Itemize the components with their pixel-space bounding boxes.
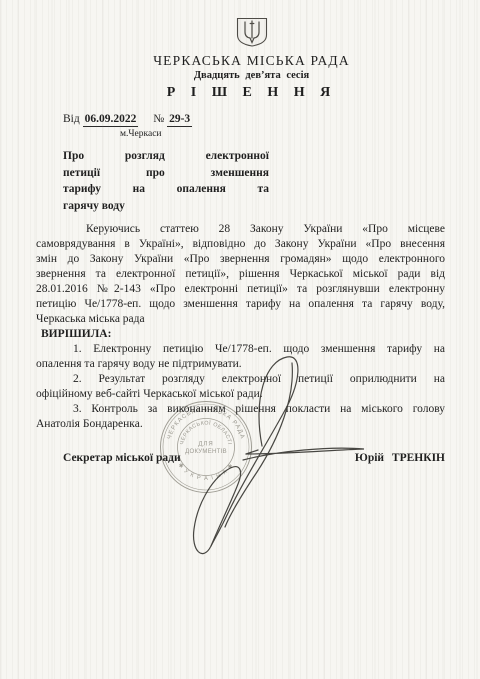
body-line: Черкаська міська рада <box>36 312 445 327</box>
body-line: звернення та електронної петиції», рішен… <box>36 267 445 282</box>
city-name: м.Черкаси <box>120 128 445 140</box>
org-name: ЧЕРКАСЬКА МІСЬКА РАДА <box>47 53 456 69</box>
title-line: гарячу воду <box>63 198 269 215</box>
title-line: Про розгляд електронної <box>63 148 269 165</box>
date-label: Від <box>63 113 80 125</box>
handwritten-signature-icon <box>180 350 380 565</box>
title-line: петиції про зменшення <box>63 165 269 182</box>
body-line: змін до Закону України «Про звернення гр… <box>36 252 445 267</box>
number-label: № <box>153 113 164 125</box>
preamble-paragraph: Керуючись статтею 28 Закону України «Про… <box>36 222 445 327</box>
ukraine-trident-icon <box>236 17 268 47</box>
document-header: ЧЕРКАСЬКА МІСЬКА РАДА Двадцять дев’ята с… <box>47 17 456 101</box>
date-block: Від 06.09.2022 № 29-3 м.Черкаси <box>36 113 445 140</box>
body-line: Керуючись статтею 28 Закону України «Про… <box>36 222 445 237</box>
resolved-heading: ВИРІШИЛА: <box>36 327 445 342</box>
document-page: ЧЕРКАСЬКА МІСЬКА РАДА Двадцять дев’ята с… <box>0 0 480 679</box>
doc-type-title: Р І Ш Е Н Н Я <box>47 85 456 101</box>
date-value: 06.09.2022 <box>83 113 139 127</box>
number-value: 29-3 <box>167 113 192 127</box>
body-line: самоврядування в Україні», відповідно до… <box>36 237 445 252</box>
signatory-position: Секретар міської ради <box>36 452 181 464</box>
doc-subject-title: Про розгляд електронної петиції про змен… <box>63 148 269 214</box>
session-line: Двадцять дев’ята сесія <box>47 70 456 82</box>
body-line: петицію Че/1778-еп. щодо зменшення тариф… <box>36 297 445 312</box>
title-line: тарифу на опалення та <box>63 181 269 198</box>
body-line: 28.01.2016 №2-143 «Про електронні петиці… <box>36 282 445 297</box>
